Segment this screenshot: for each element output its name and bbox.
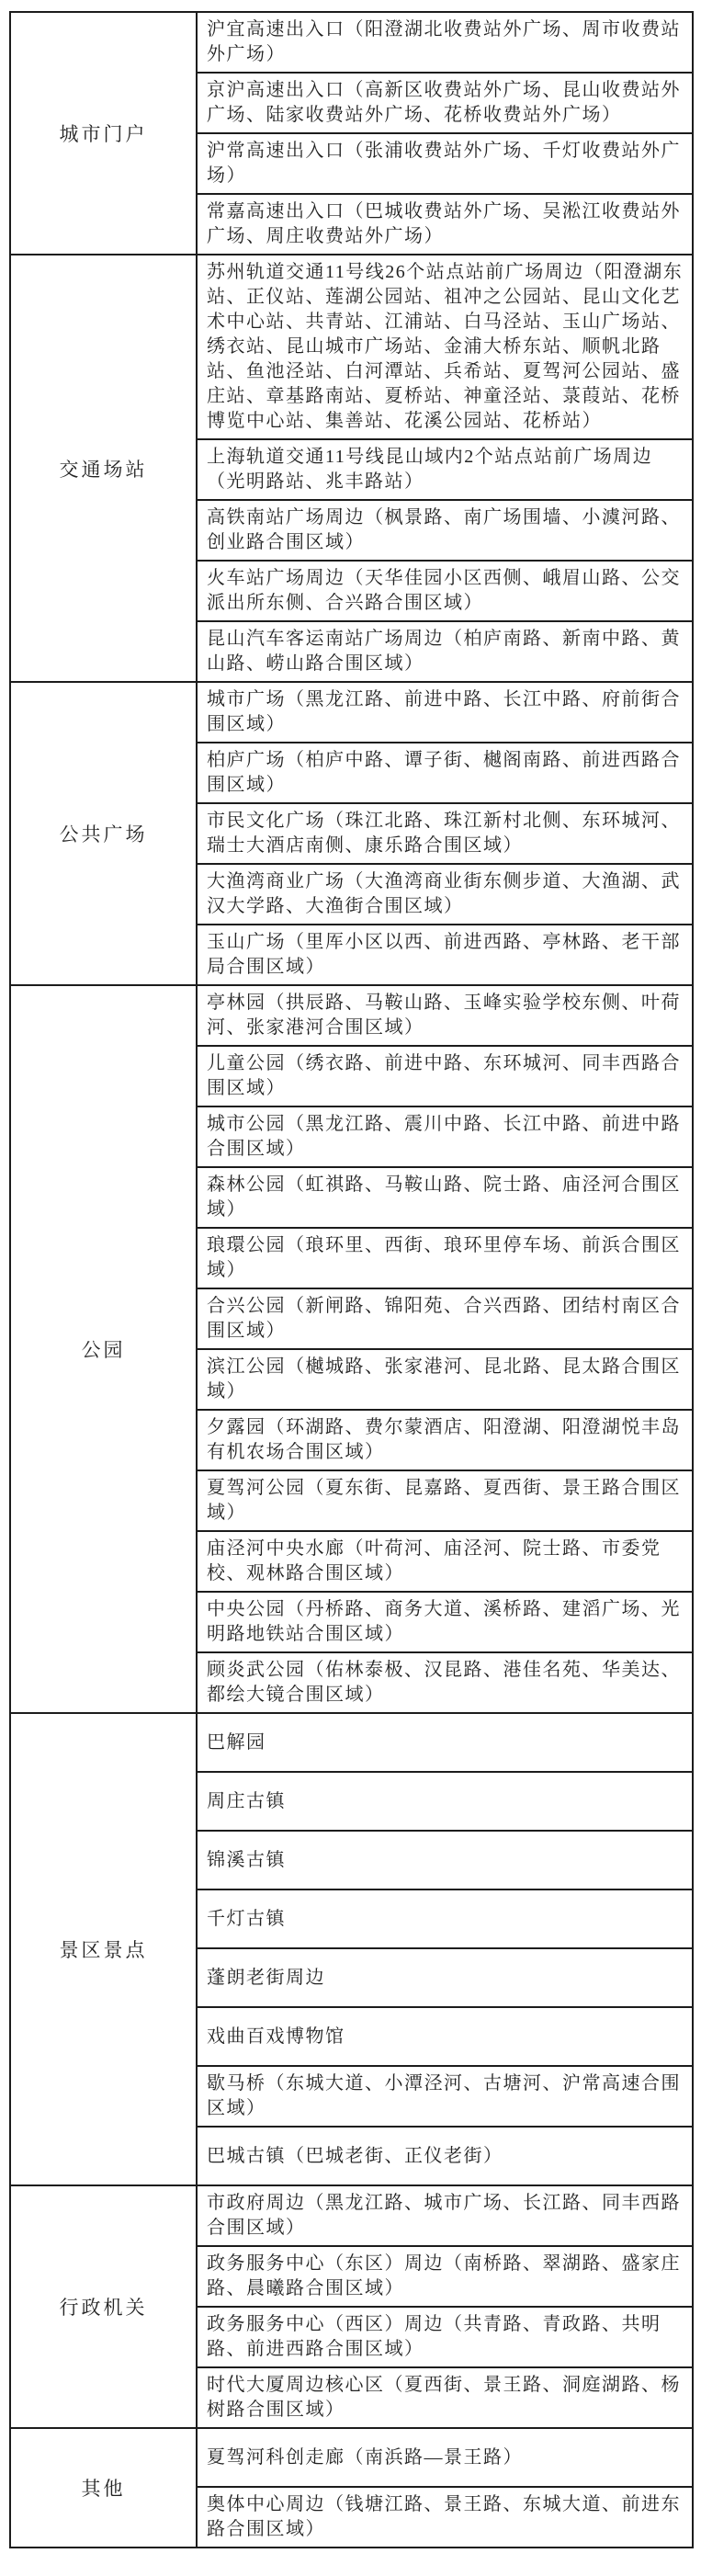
location-cell: 千灯古镇 xyxy=(197,1889,693,1948)
location-cell: 夏驾河公园（夏东街、昆嘉路、夏西街、景王路合围区域） xyxy=(197,1470,693,1531)
table-row: 城市门户沪宜高速出入口（阳澄湖北收费站外广场、周市收费站外广场） xyxy=(10,12,693,73)
location-cell: 市政府周边（黑龙江路、城市广场、长江路、同丰西路合围区域） xyxy=(197,2185,693,2246)
location-cell: 顾炎武公园（佑林泰极、汉昆路、港佳名苑、华美达、都绘大镜合围区域） xyxy=(197,1652,693,1713)
poi-table: 城市门户沪宜高速出入口（阳澄湖北收费站外广场、周市收费站外广场）京沪高速出入口（… xyxy=(9,11,694,2548)
table-row: 公园亭林园（拱辰路、马鞍山路、玉峰实验学校东侧、叶荷河、张家港河合围区域） xyxy=(10,985,693,1046)
category-cell: 其他 xyxy=(10,2428,197,2548)
location-cell: 城市广场（黑龙江路、前进中路、长江中路、府前街合围区域） xyxy=(197,682,693,743)
location-cell: 大渔湾商业广场（大渔湾商业街东侧步道、大渔湖、武汉大学路、大渔街合围区域） xyxy=(197,864,693,925)
location-cell: 儿童公园（绣衣路、前进中路、东环城河、同丰西路合围区域） xyxy=(197,1046,693,1106)
location-cell: 昆山汽车客运南站广场周边（柏庐南路、新南中路、黄山路、崂山路合围区域） xyxy=(197,621,693,682)
location-cell: 柏庐广场（柏庐中路、谭子街、樾阁南路、前进西路合围区域） xyxy=(197,743,693,803)
location-cell: 夕露园（环湖路、费尔蒙酒店、阳澄湖、阳澄湖悦丰岛有机农场合围区域） xyxy=(197,1410,693,1470)
location-cell: 玉山广场（里厍小区以西、前进西路、亭林路、老干部局合围区域） xyxy=(197,925,693,985)
location-cell: 周庄古镇 xyxy=(197,1772,693,1831)
category-cell: 景区景点 xyxy=(10,1713,197,2185)
location-cell: 沪宜高速出入口（阳澄湖北收费站外广场、周市收费站外广场） xyxy=(197,12,693,73)
category-cell: 交通场站 xyxy=(10,255,197,682)
location-cell: 常嘉高速出入口（巴城收费站外广场、吴淞江收费站外广场、周庄收费站外广场） xyxy=(197,194,693,255)
location-cell: 中央公园（丹桥路、商务大道、溪桥路、建滔广场、光明路地铁站合围区域） xyxy=(197,1592,693,1652)
category-cell: 行政机关 xyxy=(10,2185,197,2428)
table-row: 景区景点巴解园 xyxy=(10,1713,693,1772)
category-cell: 公园 xyxy=(10,985,197,1713)
location-cell: 上海轨道交通11号线昆山域内2个站点站前广场周边（光明路站、兆丰路站） xyxy=(197,439,693,500)
category-cell: 城市门户 xyxy=(10,12,197,255)
table-row: 其他夏驾河科创走廊（南浜路—景王路） xyxy=(10,2428,693,2487)
location-cell: 夏驾河科创走廊（南浜路—景王路） xyxy=(197,2428,693,2487)
location-cell: 滨江公园（樾城路、张家港河、昆北路、昆太路合围区域） xyxy=(197,1349,693,1410)
location-cell: 高铁南站广场周边（枫景路、南广场围墙、小澞河路、创业路合围区域） xyxy=(197,500,693,561)
location-cell: 政务服务中心（东区）周边（南桥路、翠湖路、盛家庄路、晨曦路合围区域） xyxy=(197,2246,693,2307)
location-cell: 奥体中心周边（钱塘江路、景王路、东城大道、前进东路合围区域） xyxy=(197,2487,693,2548)
location-cell: 城市公园（黑龙江路、震川中路、长江中路、前进中路合围区域） xyxy=(197,1106,693,1167)
location-cell: 锦溪古镇 xyxy=(197,1831,693,1889)
location-cell: 庙泾河中央水廊（叶荷河、庙泾河、院士路、市委党校、观林路合围区域） xyxy=(197,1531,693,1592)
location-cell: 亭林园（拱辰路、马鞍山路、玉峰实验学校东侧、叶荷河、张家港河合围区域） xyxy=(197,985,693,1046)
location-cell: 市民文化广场（珠江北路、珠江新村北侧、东环城河、瑞士大酒店南侧、康乐路合围区域） xyxy=(197,803,693,864)
document-page: 城市门户沪宜高速出入口（阳澄湖北收费站外广场、周市收费站外广场）京沪高速出入口（… xyxy=(0,0,701,2562)
location-cell: 蓬朗老街周边 xyxy=(197,1948,693,2007)
location-cell: 巴城古镇（巴城老街、正仪老街） xyxy=(197,2127,693,2185)
location-cell: 京沪高速出入口（高新区收费站外广场、昆山收费站外广场、陆家收费站外广场、花桥收费… xyxy=(197,73,693,133)
location-cell: 琅環公园（琅环里、西街、琅环里停车场、前浜合围区域） xyxy=(197,1228,693,1288)
location-cell: 时代大厦周边核心区（夏西街、景王路、洞庭湖路、杨树路合围区域） xyxy=(197,2367,693,2428)
location-cell: 合兴公园（新闸路、锦阳苑、合兴西路、团结村南区合围区域） xyxy=(197,1288,693,1349)
location-cell: 沪常高速出入口（张浦收费站外广场、千灯收费站外广场） xyxy=(197,133,693,194)
table-row: 公共广场城市广场（黑龙江路、前进中路、长江中路、府前街合围区域） xyxy=(10,682,693,743)
location-cell: 火车站广场周边（天华佳园小区西侧、峨眉山路、公交派出所东侧、合兴路合围区域） xyxy=(197,561,693,621)
poi-table-body: 城市门户沪宜高速出入口（阳澄湖北收费站外广场、周市收费站外广场）京沪高速出入口（… xyxy=(10,12,693,2548)
location-cell: 歇马桥（东城大道、小潭泾河、古塘河、沪常高速合围区域） xyxy=(197,2066,693,2127)
location-cell: 巴解园 xyxy=(197,1713,693,1772)
category-cell: 公共广场 xyxy=(10,682,197,985)
table-row: 行政机关市政府周边（黑龙江路、城市广场、长江路、同丰西路合围区域） xyxy=(10,2185,693,2246)
location-cell: 森林公园（虹祺路、马鞍山路、院士路、庙泾河合围区域） xyxy=(197,1167,693,1228)
location-cell: 政务服务中心（西区）周边（共青路、青政路、共明路、前进西路合围区域） xyxy=(197,2307,693,2367)
location-cell: 戏曲百戏博物馆 xyxy=(197,2007,693,2066)
location-cell: 苏州轨道交通11号线26个站点站前广场周边（阳澄湖东站、正仪站、莲湖公园站、祖冲… xyxy=(197,255,693,439)
table-row: 交通场站苏州轨道交通11号线26个站点站前广场周边（阳澄湖东站、正仪站、莲湖公园… xyxy=(10,255,693,439)
